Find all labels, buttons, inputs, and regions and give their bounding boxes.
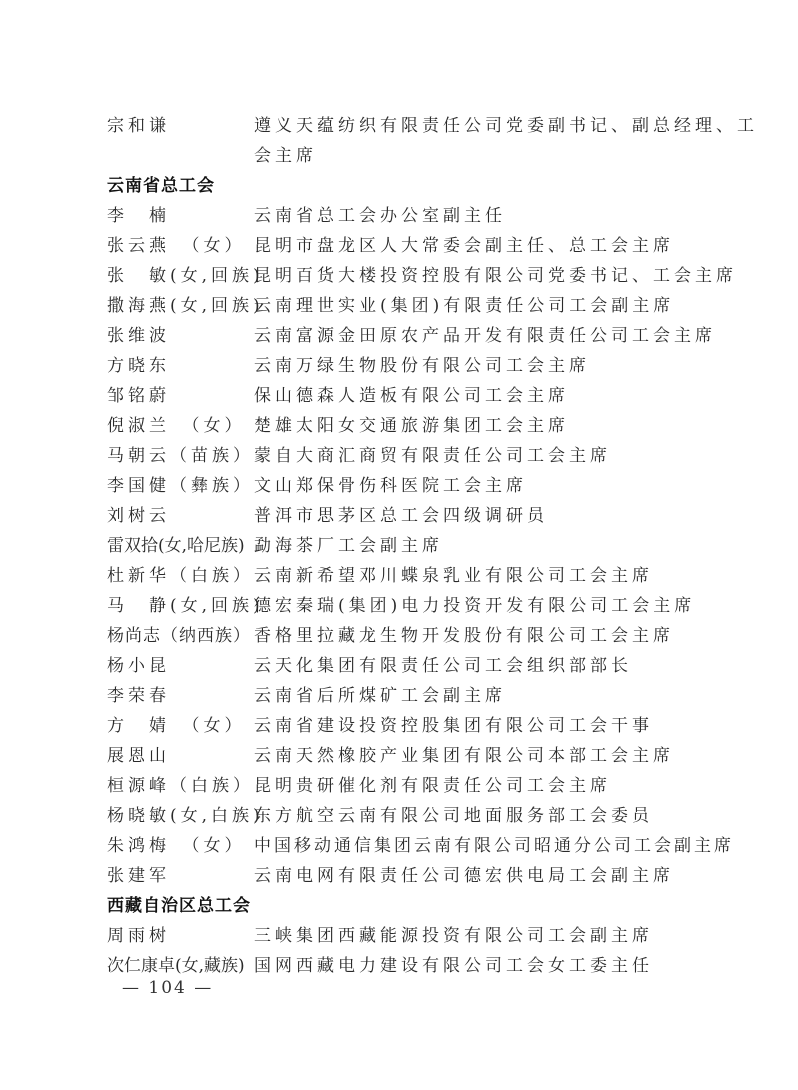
person-name: 倪淑兰 （女） (107, 411, 246, 441)
person-title: 蒙自大商汇商贸有限责任公司工会主席 (254, 441, 611, 471)
person-name: 周雨树 (107, 921, 170, 951)
person-name: 杜新华（白族） (107, 561, 254, 591)
person-title: 昆明百货大楼投资控股有限公司党委书记、工会主席 (254, 261, 737, 291)
person-name: 杨小昆 (107, 651, 170, 681)
person-name: 雷双拾(女,哈尼族) (107, 531, 245, 561)
page-number: — 104 — (122, 978, 213, 998)
person-title: 三峡集团西藏能源投资有限公司工会副主席 (254, 921, 653, 951)
person-name: 张维波 (107, 321, 170, 351)
person-title: 云南理世实业(集团)有限责任公司工会副主席 (254, 291, 674, 321)
person-title: 云南富源金田原农产品开发有限责任公司工会主席 (254, 321, 716, 351)
person-title: 文山郑保骨伤科医院工会主席 (254, 471, 527, 501)
person-title: 勐海茶厂工会副主席 (254, 531, 443, 561)
person-name: 次仁康卓(女,藏族) (107, 951, 245, 981)
person-name: 撒海燕(女,回族) (107, 291, 264, 321)
person-title: 云南省后所煤矿工会副主席 (254, 681, 506, 711)
person-name: 张 敏(女,回族) (107, 261, 264, 291)
person-name: 展恩山 (107, 741, 170, 771)
person-title: 云南万绿生物股份有限公司工会主席 (254, 351, 590, 381)
person-name: 张建军 (107, 861, 170, 891)
person-title: 国网西藏电力建设有限公司工会女工委主任 (254, 951, 653, 981)
person-name: 马朝云（苗族） (107, 441, 254, 471)
person-name: 宗和谦 (107, 111, 170, 141)
person-name: 杨尚志（纳西族） (107, 621, 251, 651)
person-name: 李 楠 (107, 201, 170, 231)
person-title: 中国移动通信集团云南有限公司昭通分公司工会副主席 (254, 831, 734, 861)
person-title: 保山德森人造板有限公司工会主席 (254, 381, 569, 411)
person-name: 李国健（彝族） (107, 471, 254, 501)
person-name: 桓源峰（白族） (107, 771, 254, 801)
person-title: 遵义天蕴纺织有限责任公司党委副书记、副总经理、工 (254, 111, 758, 141)
person-title: 云南电网有限责任公司德宏供电局工会副主席 (254, 861, 674, 891)
person-title: 云南天然橡胶产业集团有限公司本部工会主席 (254, 741, 674, 771)
person-name: 杨晓敏(女,白族) (107, 801, 264, 831)
section-heading: 云南省总工会 (107, 171, 215, 201)
person-name: 李荣春 (107, 681, 170, 711)
person-name: 张云燕 （女） (107, 231, 246, 261)
person-title: 德宏秦瑞(集团)电力投资开发有限公司工会主席 (254, 591, 695, 621)
document-page: 宗和谦 遵义天蕴纺织有限责任公司党委副书记、副总经理、工 会主席 云南省总工会 … (0, 0, 798, 1090)
person-title: 香格里拉藏龙生物开发股份有限公司工会主席 (254, 621, 674, 651)
person-name: 邹铭蔚 (107, 381, 170, 411)
person-title: 昆明市盘龙区人大常委会副主任、总工会主席 (254, 231, 674, 261)
person-name: 马 静(女,回族) (107, 591, 264, 621)
person-name: 方晓东 (107, 351, 170, 381)
person-name: 朱鸿梅 （女） (107, 831, 246, 861)
person-title: 云天化集团有限责任公司工会组织部部长 (254, 651, 632, 681)
person-title: 昆明贵研催化剂有限责任公司工会主席 (254, 771, 611, 801)
person-title: 东方航空云南有限公司地面服务部工会委员 (254, 801, 653, 831)
person-title-continuation: 会主席 (254, 141, 317, 171)
person-title: 云南省总工会办公室副主任 (254, 201, 506, 231)
person-title: 云南新希望邓川蝶泉乳业有限公司工会主席 (254, 561, 653, 591)
person-title: 楚雄太阳女交通旅游集团工会主席 (254, 411, 569, 441)
person-title: 普洱市思茅区总工会四级调研员 (254, 501, 548, 531)
person-title: 云南省建设投资控股集团有限公司工会干事 (254, 711, 653, 741)
section-heading: 西藏自治区总工会 (107, 891, 251, 921)
person-name: 刘树云 (107, 501, 170, 531)
person-name: 方 婧 （女） (107, 711, 246, 741)
